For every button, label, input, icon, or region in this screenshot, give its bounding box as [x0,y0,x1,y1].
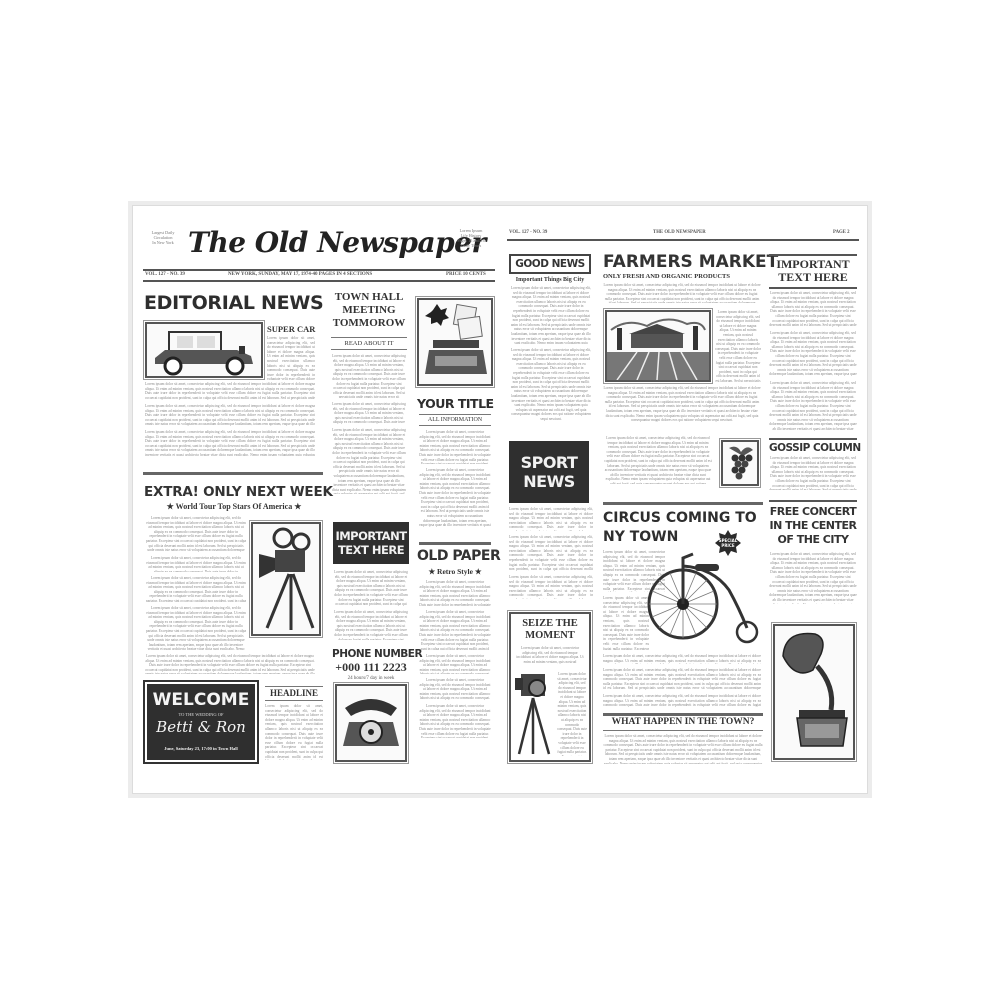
town-hall-headline: TOWN HALL MEETING TOMMOROW [329,291,409,330]
article-text: Lorem ipsum dolor sit amet, consectetur … [145,556,247,572]
phone-number: +000 111 2223 [332,660,410,675]
article-text: Lorem ipsum dolor sit amet, consectetur … [603,654,761,664]
what-happen-headline: WHAT HAPPEN IN THE TOWN? [603,717,763,727]
article-text: Lorem ipsum dolor sit amet, consectetur … [509,286,593,344]
farm-field-icon [607,312,709,380]
article-text: Lorem ipsum dolor sit amet, consectetur … [145,606,247,650]
volume-number: VOL. 127 - NO. 39 [145,272,185,277]
farmers-market-headline: FARMERS MARKET [603,252,778,272]
article-text: Lorem ipsum dolor sit amet, consectetur … [145,382,315,400]
grapes-image [721,440,759,486]
headline-line: MOMENT [511,630,589,642]
important-text-headline: IMPORTANT TEXT HERE [769,258,857,284]
your-title-headline: YOUR TITLE [417,396,493,411]
article-text: Lorem ipsum dolor sit amet, consectetur … [145,576,247,602]
phone-label: PHONE NUMBER [332,648,410,660]
article-text: Lorem ipsum dolor sit amet, consectetur … [603,668,761,690]
penny-farthing-icon [643,546,763,646]
article-text: Lorem ipsum dolor sit amet, consectetur … [769,552,857,604]
typewriter-icon [419,300,491,384]
divider [143,472,323,475]
old-paper-headline: OLD PAPER [417,548,493,564]
newspaper-page: Largest Daily Circulation In New York Th… [132,205,868,794]
headline-line: SEIZE THE [511,618,589,630]
welcome-line: TO THE WEDDING OF [147,712,255,717]
masthead-title: The Old Newspaper [188,226,446,259]
article-text: Lorem ipsum dolor sit amet, consectetur … [715,310,761,382]
divider [143,269,495,271]
article-text: Lorem ipsum dolor sit amet, consectetur … [603,734,763,764]
important-line: TEXT HERE [335,543,406,557]
article-text: Lorem ipsum dolor sit amet, consectetur … [509,575,593,599]
divider [331,337,407,338]
divider [143,280,495,282]
article-text: Lorem ipsum dolor sit amet, consectetur … [769,331,857,377]
price: PRICE 10 CENTS [446,272,486,277]
divider [603,730,763,731]
page2-number: PAGE 2 [833,230,850,235]
old-camera-icon [513,670,555,756]
divider [769,287,857,289]
gramophone-icon [775,626,853,758]
film-camera-icon [253,524,319,634]
divider [603,502,763,505]
article-text: Lorem ipsum dolor sit amet, consectetur … [509,348,593,432]
rotary-phone-icon [337,686,405,760]
vintage-car-image [145,322,263,378]
masthead-left-ear: Largest Daily Circulation In New York [143,230,183,245]
newspaper-sheet: Largest Daily Circulation In New York Th… [128,201,872,798]
article-text: Lorem ipsum dolor sit amet, consectetur … [769,291,857,327]
page2-paper-name: THE OLD NEWSPAPER [653,230,706,235]
article-text: Lorem ipsum dolor sit amet, consectetur … [265,704,323,760]
headline-line: MEETING [329,304,409,317]
sport-line: NEWS [521,472,578,491]
article-text: Lorem ipsum dolor sit amet, consectetur … [603,436,713,484]
article-text: Lorem ipsum dolor sit amet, consectetur … [145,404,315,426]
good-news-headline: GOOD NEWS [509,254,591,274]
rotary-phone-image [335,684,407,762]
headline-line: FREE CONCERT [769,505,857,519]
article-text: Lorem ipsum dolor sit amet, consectetur … [145,516,247,552]
divider [603,713,763,716]
divider [419,425,491,426]
divider [331,349,407,350]
seize-the-moment-box: SEIZE THE MOMENT Lorem ipsum dolor sit a… [509,612,591,762]
farm-field-image [605,310,711,382]
dateline: NEW YORK, SUNDAY, MAY 17, 1974-40 PAGES … [228,272,372,277]
headline-line: IN THE CENTER [769,519,857,533]
free-concert-headline: FREE CONCERT IN THE CENTER OF THE CITY [769,505,857,547]
welcome-title: WELCOME [147,690,255,710]
extra-subhead: ★ World Tour Top Stars Of America ★ [144,502,324,511]
headline-line: TOMMOROW [329,317,409,330]
article-text: Lorem ipsum dolor sit amet, consectetur … [419,468,491,528]
masthead-right-ear: Lorem Ipsum Life History Pages 15 and 16… [451,228,491,248]
article-text: Lorem ipsum dolor sit amet, consectetur … [603,386,761,430]
divider [507,239,859,241]
sport-line: SPORT [521,453,578,472]
article-text: Lorem ipsum dolor sit amet, consectetur … [419,580,491,606]
article-text: Lorem ipsum dolor sit amet, consectetur … [769,456,857,490]
article-text: Lorem ipsum dolor sit amet, consectetur … [145,654,315,674]
article-text: Lorem ipsum dolor sit amet, consectetur … [557,672,587,756]
divider [769,254,857,256]
headline-box-title: HEADLINE [265,688,323,698]
phone-note: 24 hours/7 day in week [332,676,410,681]
seize-headline: SEIZE THE MOMENT [511,618,589,642]
extra-headline: EXTRA! ONLY NEXT WEEK [144,484,333,500]
divider [419,542,491,545]
farmers-market-subhead: ONLY FRESH AND ORGANIC PRODUCTS [603,273,730,280]
town-hall-kicker: READ ABOUT IT [329,340,409,347]
article-text: Lorem ipsum dolor sit amet, consectetur … [419,610,491,650]
headline-line: TOWN HALL [329,291,409,304]
article-text: Lorem ipsum dolor sit amet, consectetur … [331,428,407,494]
grapes-icon [723,442,757,484]
article-text: Lorem ipsum dolor sit amet, consectetur … [333,610,409,640]
typewriter-image [417,298,493,386]
ear-line: In New York [143,240,183,245]
headline-line: OF THE CITY [769,533,857,547]
divider [265,700,323,701]
divider [265,686,323,687]
article-text: Lorem ipsum dolor sit amet, consectetur … [419,678,491,700]
page2-volume: VOL. 127 - NO. 39 [509,230,547,235]
film-camera-image [251,522,321,636]
article-text: Lorem ipsum dolor sit amet, consectetur … [331,402,407,424]
ear-line: Daily Times [451,243,491,248]
divider [769,438,857,440]
editorial-headline: EDITORIAL NEWS [144,292,323,314]
gossip-column-headline: GOSSIP COLUMN [769,442,857,454]
headline-line: CIRCUS COMING TO [603,509,757,528]
article-text: Lorem ipsum dolor sit amet, consectetur … [603,694,761,708]
welcome-names: Betti & Ron [147,718,255,736]
article-text: Lorem ipsum dolor sit amet, consectetur … [769,381,857,431]
article-text: Lorem ipsum dolor sit amet, consectetur … [515,646,585,664]
article-text: Lorem ipsum dolor sit amet, consectetur … [267,336,315,380]
vintage-car-icon [147,324,261,376]
article-text: Lorem ipsum dolor sit amet, consectetur … [333,570,409,606]
article-text: Lorem ipsum dolor sit amet, consectetur … [603,283,761,303]
article-text: Lorem ipsum dolor sit amet, consectetur … [145,430,315,456]
divider [769,500,857,502]
article-text: Lorem ipsum dolor sit amet, consectetur … [419,704,491,738]
divider [419,414,491,415]
wedding-welcome-box: WELCOME TO THE WEDDING OF Betti & Ron Ju… [145,682,257,762]
welcome-date: June, Saturday 23, 17:00 in Town Hall [147,746,255,751]
article-text: Lorem ipsum dolor sit amet, consectetur … [509,535,593,571]
article-text: Lorem ipsum dolor sit amet, consectetur … [509,507,593,531]
super-car-subhead: SUPER CAR [267,324,315,334]
article-text: Lorem ipsum dolor sit amet, consectetur … [331,354,407,398]
article-text: Lorem ipsum dolor sit amet, consectetur … [419,654,491,674]
gramophone-image [773,624,855,760]
article-text: Lorem ipsum dolor sit amet, consectetur … [419,430,491,464]
important-text-box: IMPORTANT TEXT HERE [333,522,409,564]
your-title-kicker: ALL INFORMATION [417,417,493,423]
important-line: IMPORTANT [335,529,406,543]
old-paper-subhead: ★ Retro Style ★ [417,567,493,576]
headline-line: TEXT HERE [769,271,857,284]
good-news-subhead: Important Things Big City [507,277,593,283]
sport-news-box: SPORT NEWS [509,441,589,503]
